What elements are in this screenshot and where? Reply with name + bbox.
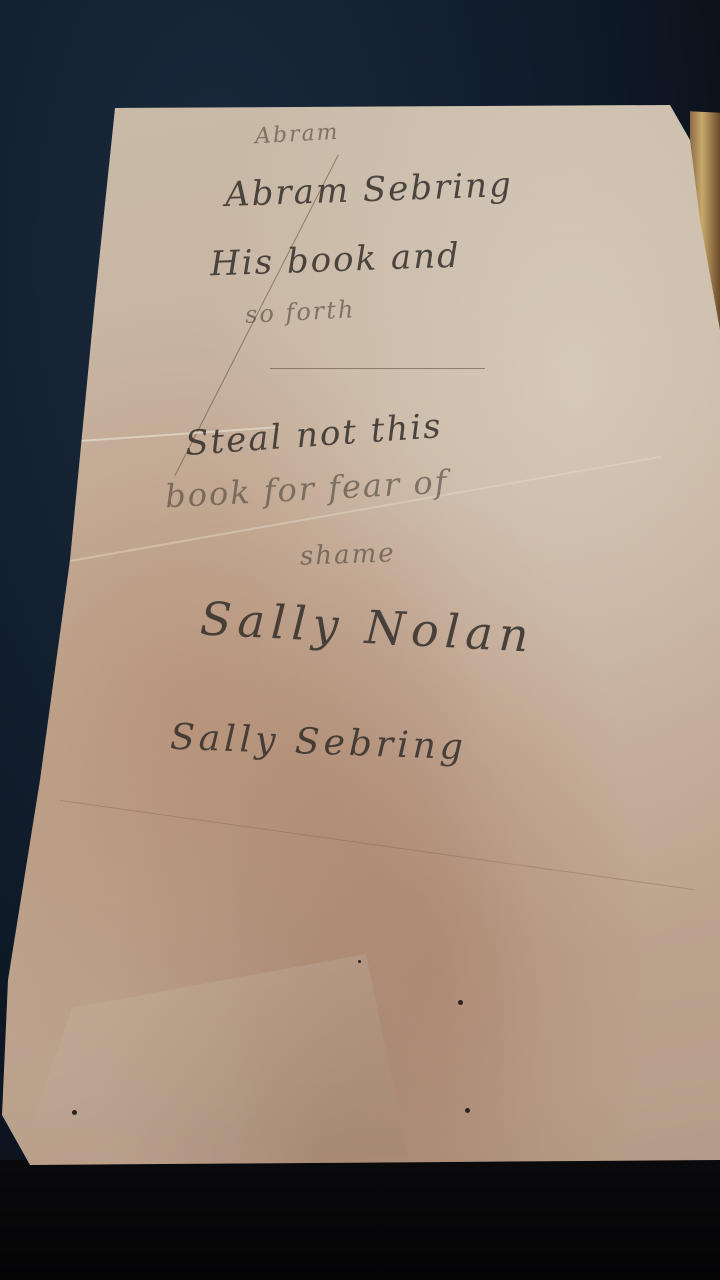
inscription-line: Abram <box>254 120 340 149</box>
underline-rule <box>270 368 485 369</box>
inscription-line: book for fear of <box>164 463 449 516</box>
inscription-line: Sally Sebring <box>169 717 467 768</box>
inscription-line: so forth <box>244 295 356 329</box>
inscription-line: His book and <box>209 236 461 285</box>
inscription-line: Sally Nolan <box>199 591 536 662</box>
inscription-line: Abram Sebring <box>224 165 513 215</box>
folded-corner <box>30 900 450 1170</box>
document-page: Abram Abram Sebring His book and so fort… <box>0 0 720 1280</box>
ink-spot <box>72 1110 77 1115</box>
inscription-line: Steal not this <box>184 406 444 464</box>
ink-spot <box>465 1108 470 1113</box>
inscription-line: shame <box>300 538 397 571</box>
ink-spot <box>358 960 361 963</box>
table-shadow <box>0 1160 720 1280</box>
ink-spot <box>458 1000 463 1005</box>
paper-crease <box>60 800 694 890</box>
